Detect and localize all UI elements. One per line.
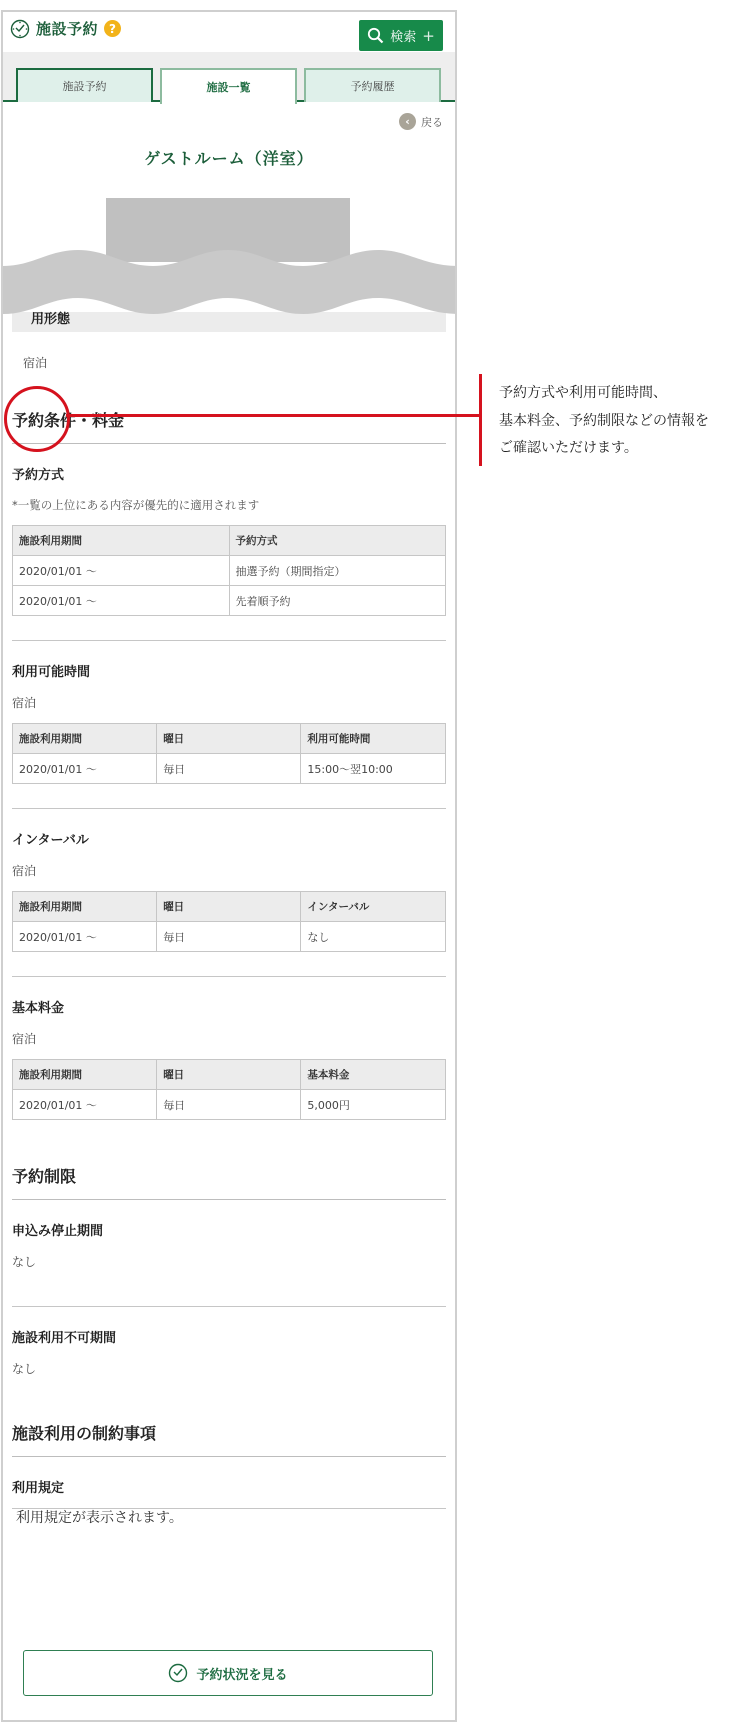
interval-type: 宿泊 [12, 862, 446, 879]
omission-wave [3, 238, 457, 334]
plus-icon: + [422, 27, 435, 45]
table-cell: 毎日 [157, 1090, 301, 1120]
table-row: 2020/01/01 ～ 毎日 なし [13, 922, 446, 952]
usage-type-value: 宿泊 [23, 354, 47, 371]
table-row: 2020/01/01 ～ 毎日 15:00～翌10:00 [13, 754, 446, 784]
annotation-line: 基本料金、予約制限などの情報を [499, 408, 709, 436]
view-reservation-status-button[interactable]: 予約状況を見る [23, 1650, 433, 1696]
tab-facility-list[interactable]: 施設一覧 [160, 68, 297, 104]
tab-reservation-history[interactable]: 予約履歴 [304, 68, 441, 102]
rules-text: 利用規定が表示されます。 [12, 1507, 446, 1527]
method-table: 施設利用期間 予約方式 2020/01/01 ～ 抽選予約（期間指定） 2020… [12, 525, 446, 616]
available-time-table: 施設利用期間 曜日 利用可能時間 2020/01/01 ～ 毎日 15:00～翌… [12, 723, 446, 784]
conditions-content: 予約条件・料金 予約方式 *一覧の上位にある内容が優先的に適用されます 施設利用… [12, 408, 446, 1527]
table-header: 施設利用期間 [13, 724, 157, 754]
clock-icon [10, 19, 30, 39]
table-row: 2020/01/01 ～ 抽選予約（期間指定） [13, 556, 446, 586]
subsection-title-rules: 利用規定 [12, 1477, 446, 1496]
section-title-limits: 予約制限 [12, 1164, 446, 1200]
table-cell: 先着順予約 [229, 586, 446, 616]
divider [12, 808, 446, 809]
application-stop-value: なし [12, 1253, 446, 1270]
subsection-title-available-time: 利用可能時間 [12, 661, 446, 680]
status-button-label: 予約状況を見る [196, 1664, 287, 1683]
available-time-type: 宿泊 [12, 694, 446, 711]
subsection-title-base-fee: 基本料金 [12, 997, 446, 1016]
table-cell: 2020/01/01 ～ [13, 586, 230, 616]
table-header: 曜日 [157, 1060, 301, 1090]
annotation-bracket [479, 374, 482, 466]
table-cell: 2020/01/01 ～ [13, 754, 157, 784]
help-icon[interactable]: ? [104, 20, 121, 37]
back-label: 戻る [421, 114, 443, 130]
table-cell: 5,000円 [301, 1090, 446, 1120]
app-header: 施設予約 ? 検索 + [3, 12, 455, 52]
page-title: 施設予約 [36, 18, 98, 39]
table-cell: 2020/01/01 ～ [13, 922, 157, 952]
facility-name: ゲストルーム（洋室） [3, 146, 455, 169]
table-cell: 2020/01/01 ～ [13, 556, 230, 586]
divider [12, 976, 446, 977]
table-header: インターバル [301, 892, 446, 922]
divider [12, 640, 446, 641]
clock-icon [168, 1663, 188, 1683]
annotation-connector [66, 414, 482, 417]
table-cell: 毎日 [157, 922, 301, 952]
tab-bar: 施設予約 施設一覧 予約履歴 [3, 52, 455, 102]
unavailable-value: なし [12, 1360, 446, 1377]
table-header: 施設利用期間 [13, 892, 157, 922]
chevron-left-icon: ‹ [399, 113, 416, 130]
search-icon [367, 27, 384, 44]
section-title-constraints: 施設利用の制約事項 [12, 1421, 446, 1457]
annotation-text: 予約方式や利用可能時間、 基本料金、予約制限などの情報を ご確認いただけます。 [499, 380, 709, 463]
table-header: 施設利用期間 [13, 526, 230, 556]
table-header: 施設利用期間 [13, 1060, 157, 1090]
interval-table: 施設利用期間 曜日 インターバル 2020/01/01 ～ 毎日 なし [12, 891, 446, 952]
table-cell: 抽選予約（期間指定） [229, 556, 446, 586]
annotation-line: ご確認いただけます。 [499, 435, 709, 463]
tab-facility-reservation[interactable]: 施設予約 [16, 68, 153, 102]
table-header: 曜日 [157, 892, 301, 922]
table-row: 2020/01/01 ～ 毎日 5,000円 [13, 1090, 446, 1120]
method-note: *一覧の上位にある内容が優先的に適用されます [12, 497, 446, 513]
subsection-title-application-stop: 申込み停止期間 [12, 1220, 446, 1239]
table-header: 曜日 [157, 724, 301, 754]
search-button[interactable]: 検索 + [359, 20, 443, 51]
phone-frame: 施設予約 ? 検索 + 施設予約 施設一覧 予約履歴 ‹ 戻る ゲストルーム（洋… [1, 10, 457, 1722]
table-header: 基本料金 [301, 1060, 446, 1090]
table-cell: 毎日 [157, 754, 301, 784]
table-cell: 15:00～翌10:00 [301, 754, 446, 784]
subsection-title-unavailable: 施設利用不可期間 [12, 1327, 446, 1346]
divider [12, 1306, 446, 1307]
subsection-title-method: 予約方式 [12, 464, 446, 483]
table-row: 2020/01/01 ～ 先着順予約 [13, 586, 446, 616]
table-cell: 2020/01/01 ～ [13, 1090, 157, 1120]
annotation-line: 予約方式や利用可能時間、 [499, 380, 709, 408]
search-label: 検索 [390, 26, 416, 45]
back-button[interactable]: ‹ 戻る [399, 113, 443, 130]
table-header: 予約方式 [229, 526, 446, 556]
subsection-title-interval: インターバル [12, 829, 446, 848]
table-cell: なし [301, 922, 446, 952]
table-header: 利用可能時間 [301, 724, 446, 754]
base-fee-type: 宿泊 [12, 1030, 446, 1047]
base-fee-table: 施設利用期間 曜日 基本料金 2020/01/01 ～ 毎日 5,000円 [12, 1059, 446, 1120]
